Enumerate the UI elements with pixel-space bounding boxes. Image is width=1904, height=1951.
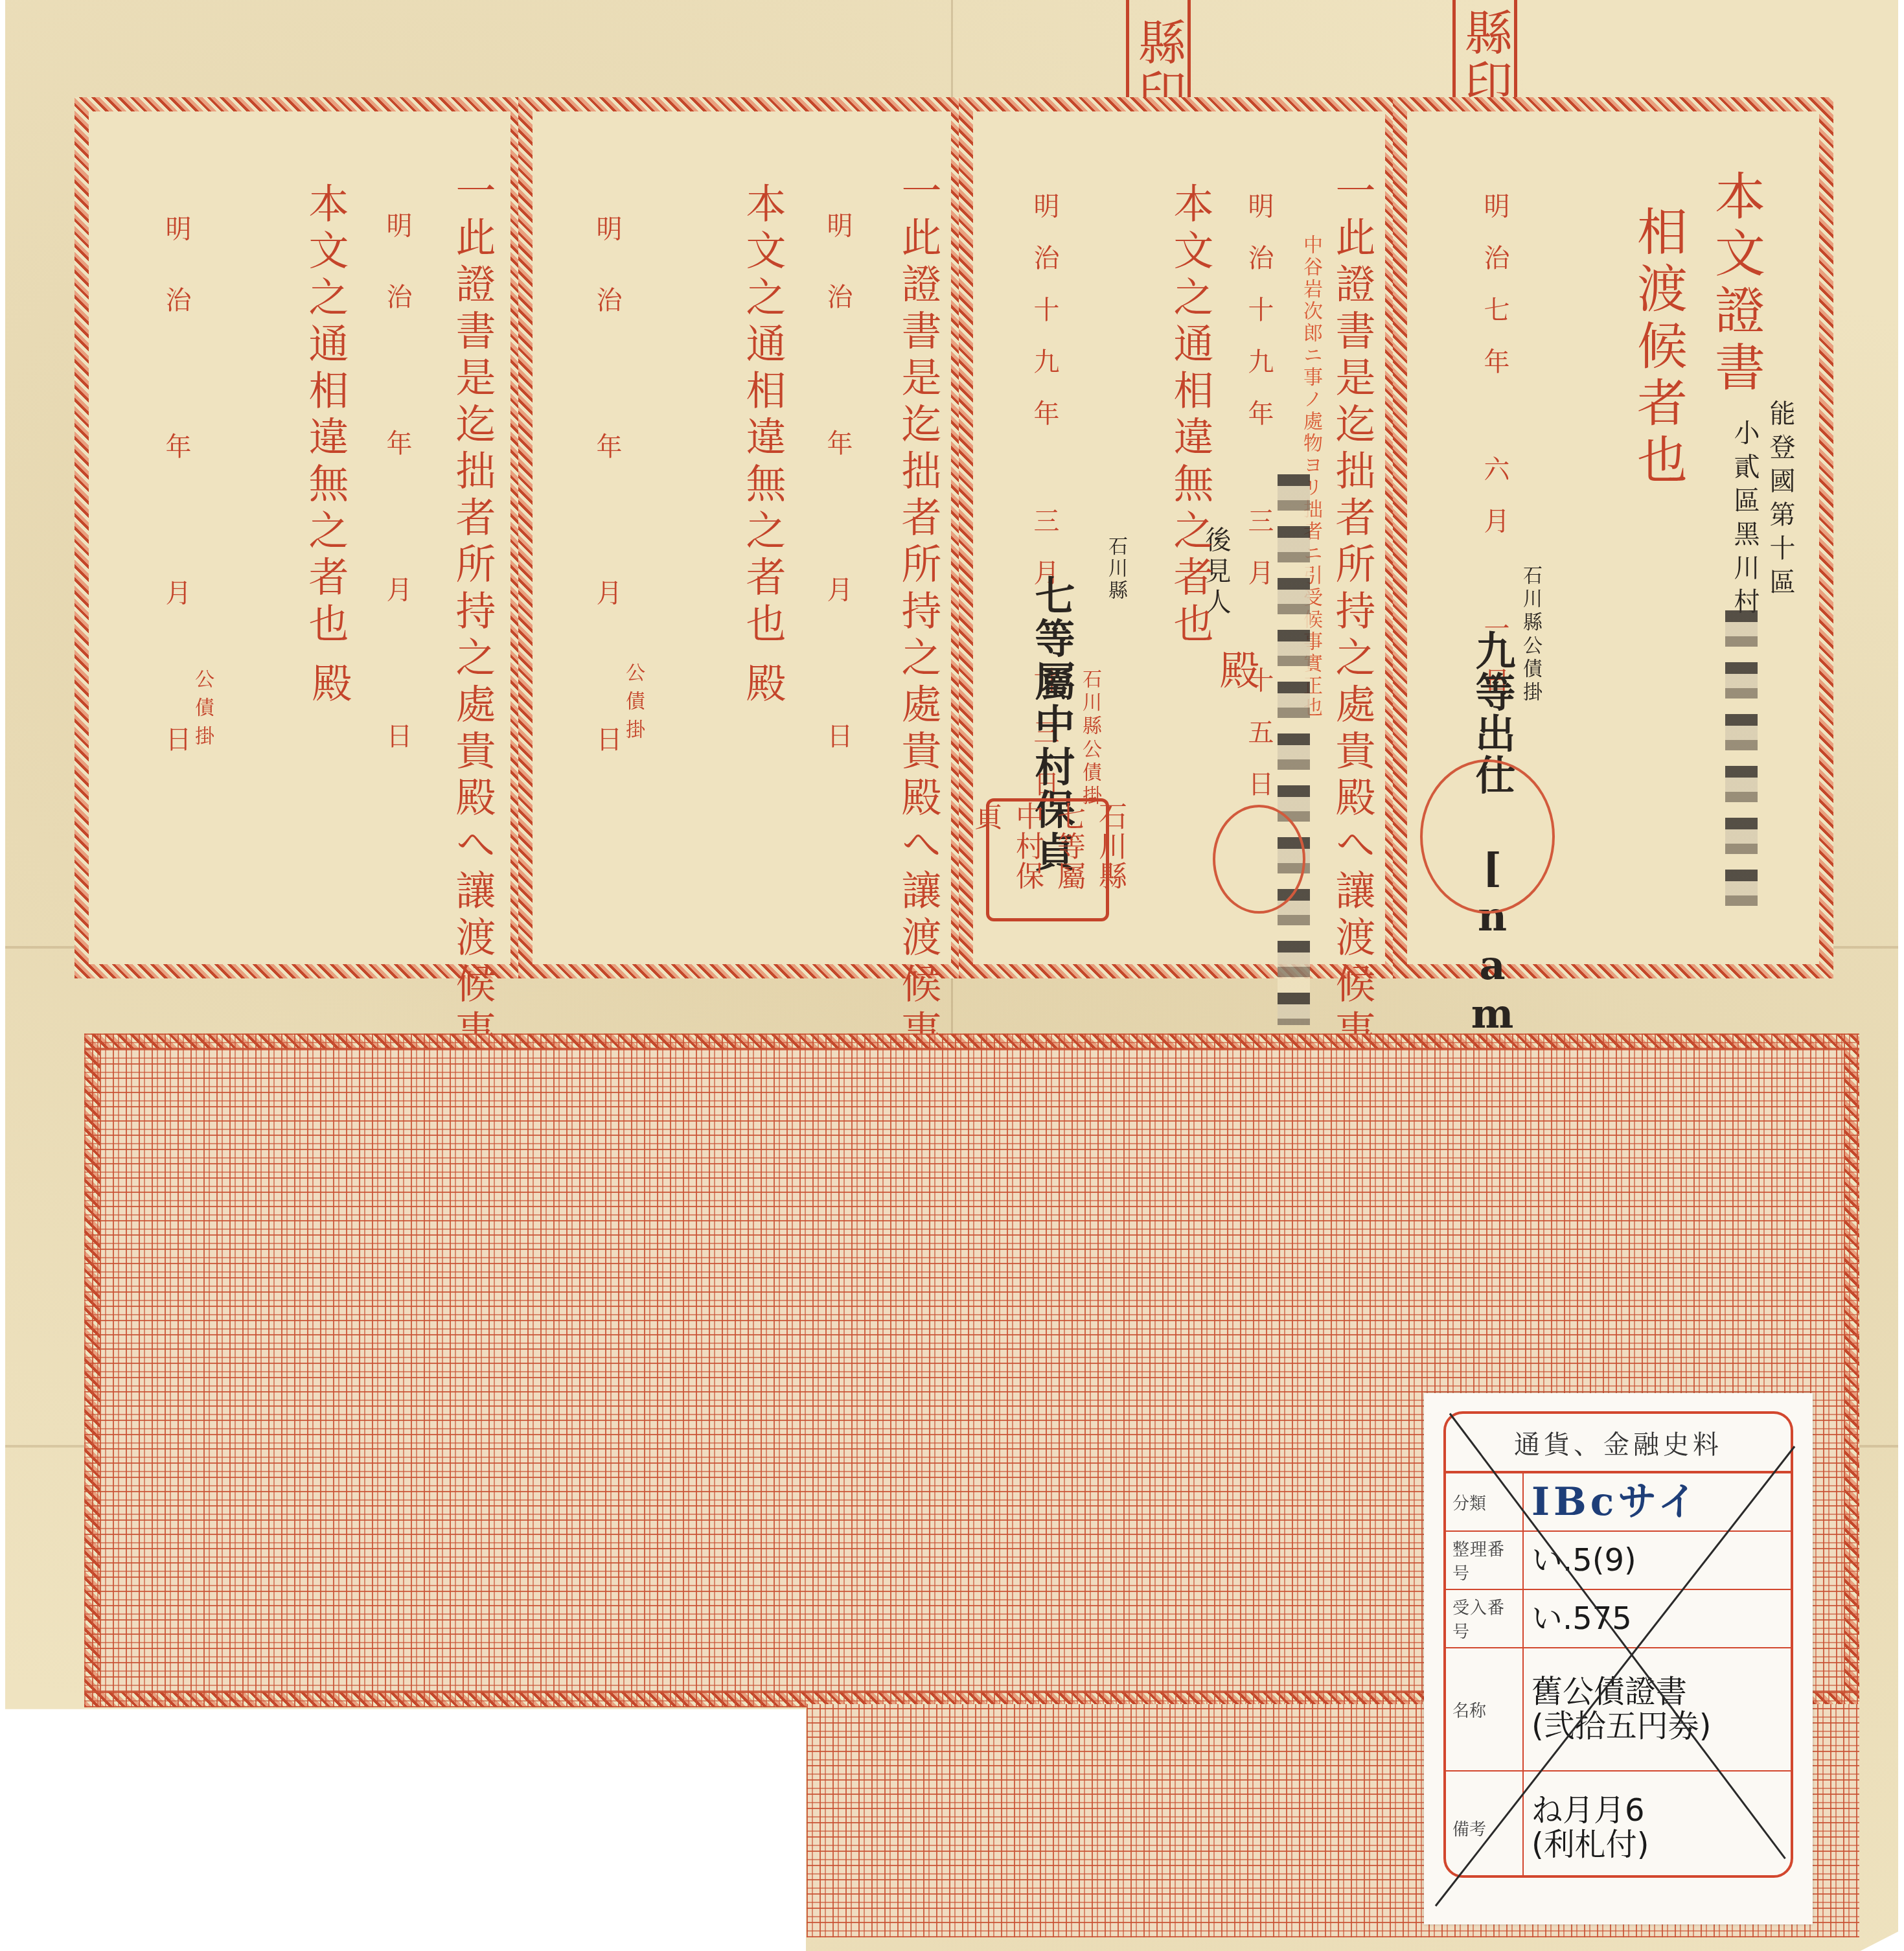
official-seal: 石川縣七等屬中村保貞 (986, 798, 1109, 921)
label-key: 整理番号 (1446, 1532, 1524, 1589)
label-value-line: (利札付) (1531, 1828, 1791, 1862)
date-line-2: 明治 年 月 日 (163, 215, 189, 643)
label-value: い.575 (1524, 1590, 1791, 1647)
label-value: ね月月6 (利札付) (1524, 1772, 1791, 1878)
certificate-subtitle: 相渡候者也 (1633, 205, 1683, 491)
transfer-clause: 一此證書是迄拙者所持之處貴殿へ讓渡候事實正也 (1332, 170, 1372, 934)
transferee-suffix: 殿 (742, 662, 783, 709)
office-label: 石川縣公債掛 (1080, 669, 1099, 809)
label-row-catalog-number: 整理番号 い.5(9) (1446, 1532, 1791, 1590)
label-value-line: ね月月6 (1531, 1794, 1791, 1828)
transfer-clause: 一此證書是迄拙者所持之處貴殿へ讓渡候事實正也 (452, 170, 492, 934)
label-row-accession-number: 受入番号 い.575 (1446, 1590, 1791, 1648)
redacted-holder-name (1725, 610, 1758, 915)
archive-catalog-label: 通貨、金融史料 分類 IBcサイ 整理番号 い.5(9) 受入番号 い.575 … (1424, 1393, 1813, 1924)
transfer-panel-4: 一此證書是迄拙者所持之處貴殿へ讓渡候事實正也 明治 年 月 日 本文之通相違無之… (75, 97, 525, 978)
private-seal (1213, 805, 1305, 914)
redacted-name (1278, 474, 1310, 1025)
label-key: 分類 (1446, 1473, 1524, 1530)
date-line-2: 明治十九年 三月 廿三日 (1031, 192, 1057, 555)
certificate-title: 本文證書 (1710, 170, 1761, 398)
label-value: 舊公債證書 (弐拾五円券) (1524, 1648, 1791, 1770)
address-line-2: 小貳區黑川村 (1732, 419, 1758, 621)
issuance-panel-1: 本文證書 相渡候者也 能登國第十區 小貳區黑川村 明治七年 六月 一日 石川縣公… (1393, 97, 1833, 978)
issue-date: 明治七年 六月 一日 (1482, 192, 1508, 555)
date-line: 明治十九年 三月 十五日 (1246, 192, 1272, 555)
transfer-clause: 一此證書是迄拙者所持之處貴殿へ讓渡候事實正也 (898, 170, 938, 934)
label-key: 受入番号 (1446, 1590, 1524, 1647)
date-line-2: 明治 年 月 日 (594, 215, 620, 643)
transferee-suffix: 殿 (308, 662, 349, 709)
endorsement-text: 本文之通相違無之者也 (1170, 183, 1210, 649)
date-line: 明治 年 月 日 (825, 212, 851, 640)
transferee-suffix: 殿 (1216, 649, 1256, 696)
label-value: い.5(9) (1524, 1532, 1791, 1589)
prefecture-label: 石川縣 (1106, 536, 1125, 602)
label-row-classification: 分類 IBcサイ (1446, 1473, 1791, 1532)
office-label: 公債掛 (623, 662, 643, 748)
transfer-panel-2: 一此證書是迄拙者所持之處貴殿へ讓渡候事實正也 中谷岩次郎ニ事ノ處物ヨリ拙者ニ引受… (959, 97, 1399, 978)
office-label: 公債掛 (192, 669, 212, 754)
label-row-name: 名称 舊公債證書 (弐拾五円券) (1446, 1648, 1791, 1772)
label-key: 名称 (1446, 1648, 1524, 1770)
label-title: 通貨、金融史料 (1446, 1414, 1791, 1473)
date-line: 明治 年 月 日 (384, 212, 410, 640)
official-round-seal (1420, 759, 1555, 914)
office-label: 石川縣公債掛 (1520, 565, 1540, 705)
label-value-line: (弐拾五円券) (1531, 1709, 1791, 1744)
address-line-1: 能登國第十區 (1767, 400, 1793, 602)
transfer-panel-3: 一此證書是迄拙者所持之處貴殿へ讓渡候事實正也 明治 年 月 日 本文之通相違無之… (518, 97, 965, 978)
label-key: 備考 (1446, 1772, 1524, 1878)
endorsement-text: 本文之通相違無之者也 (742, 183, 783, 649)
endorsement-text: 本文之通相違無之者也 (305, 183, 345, 649)
